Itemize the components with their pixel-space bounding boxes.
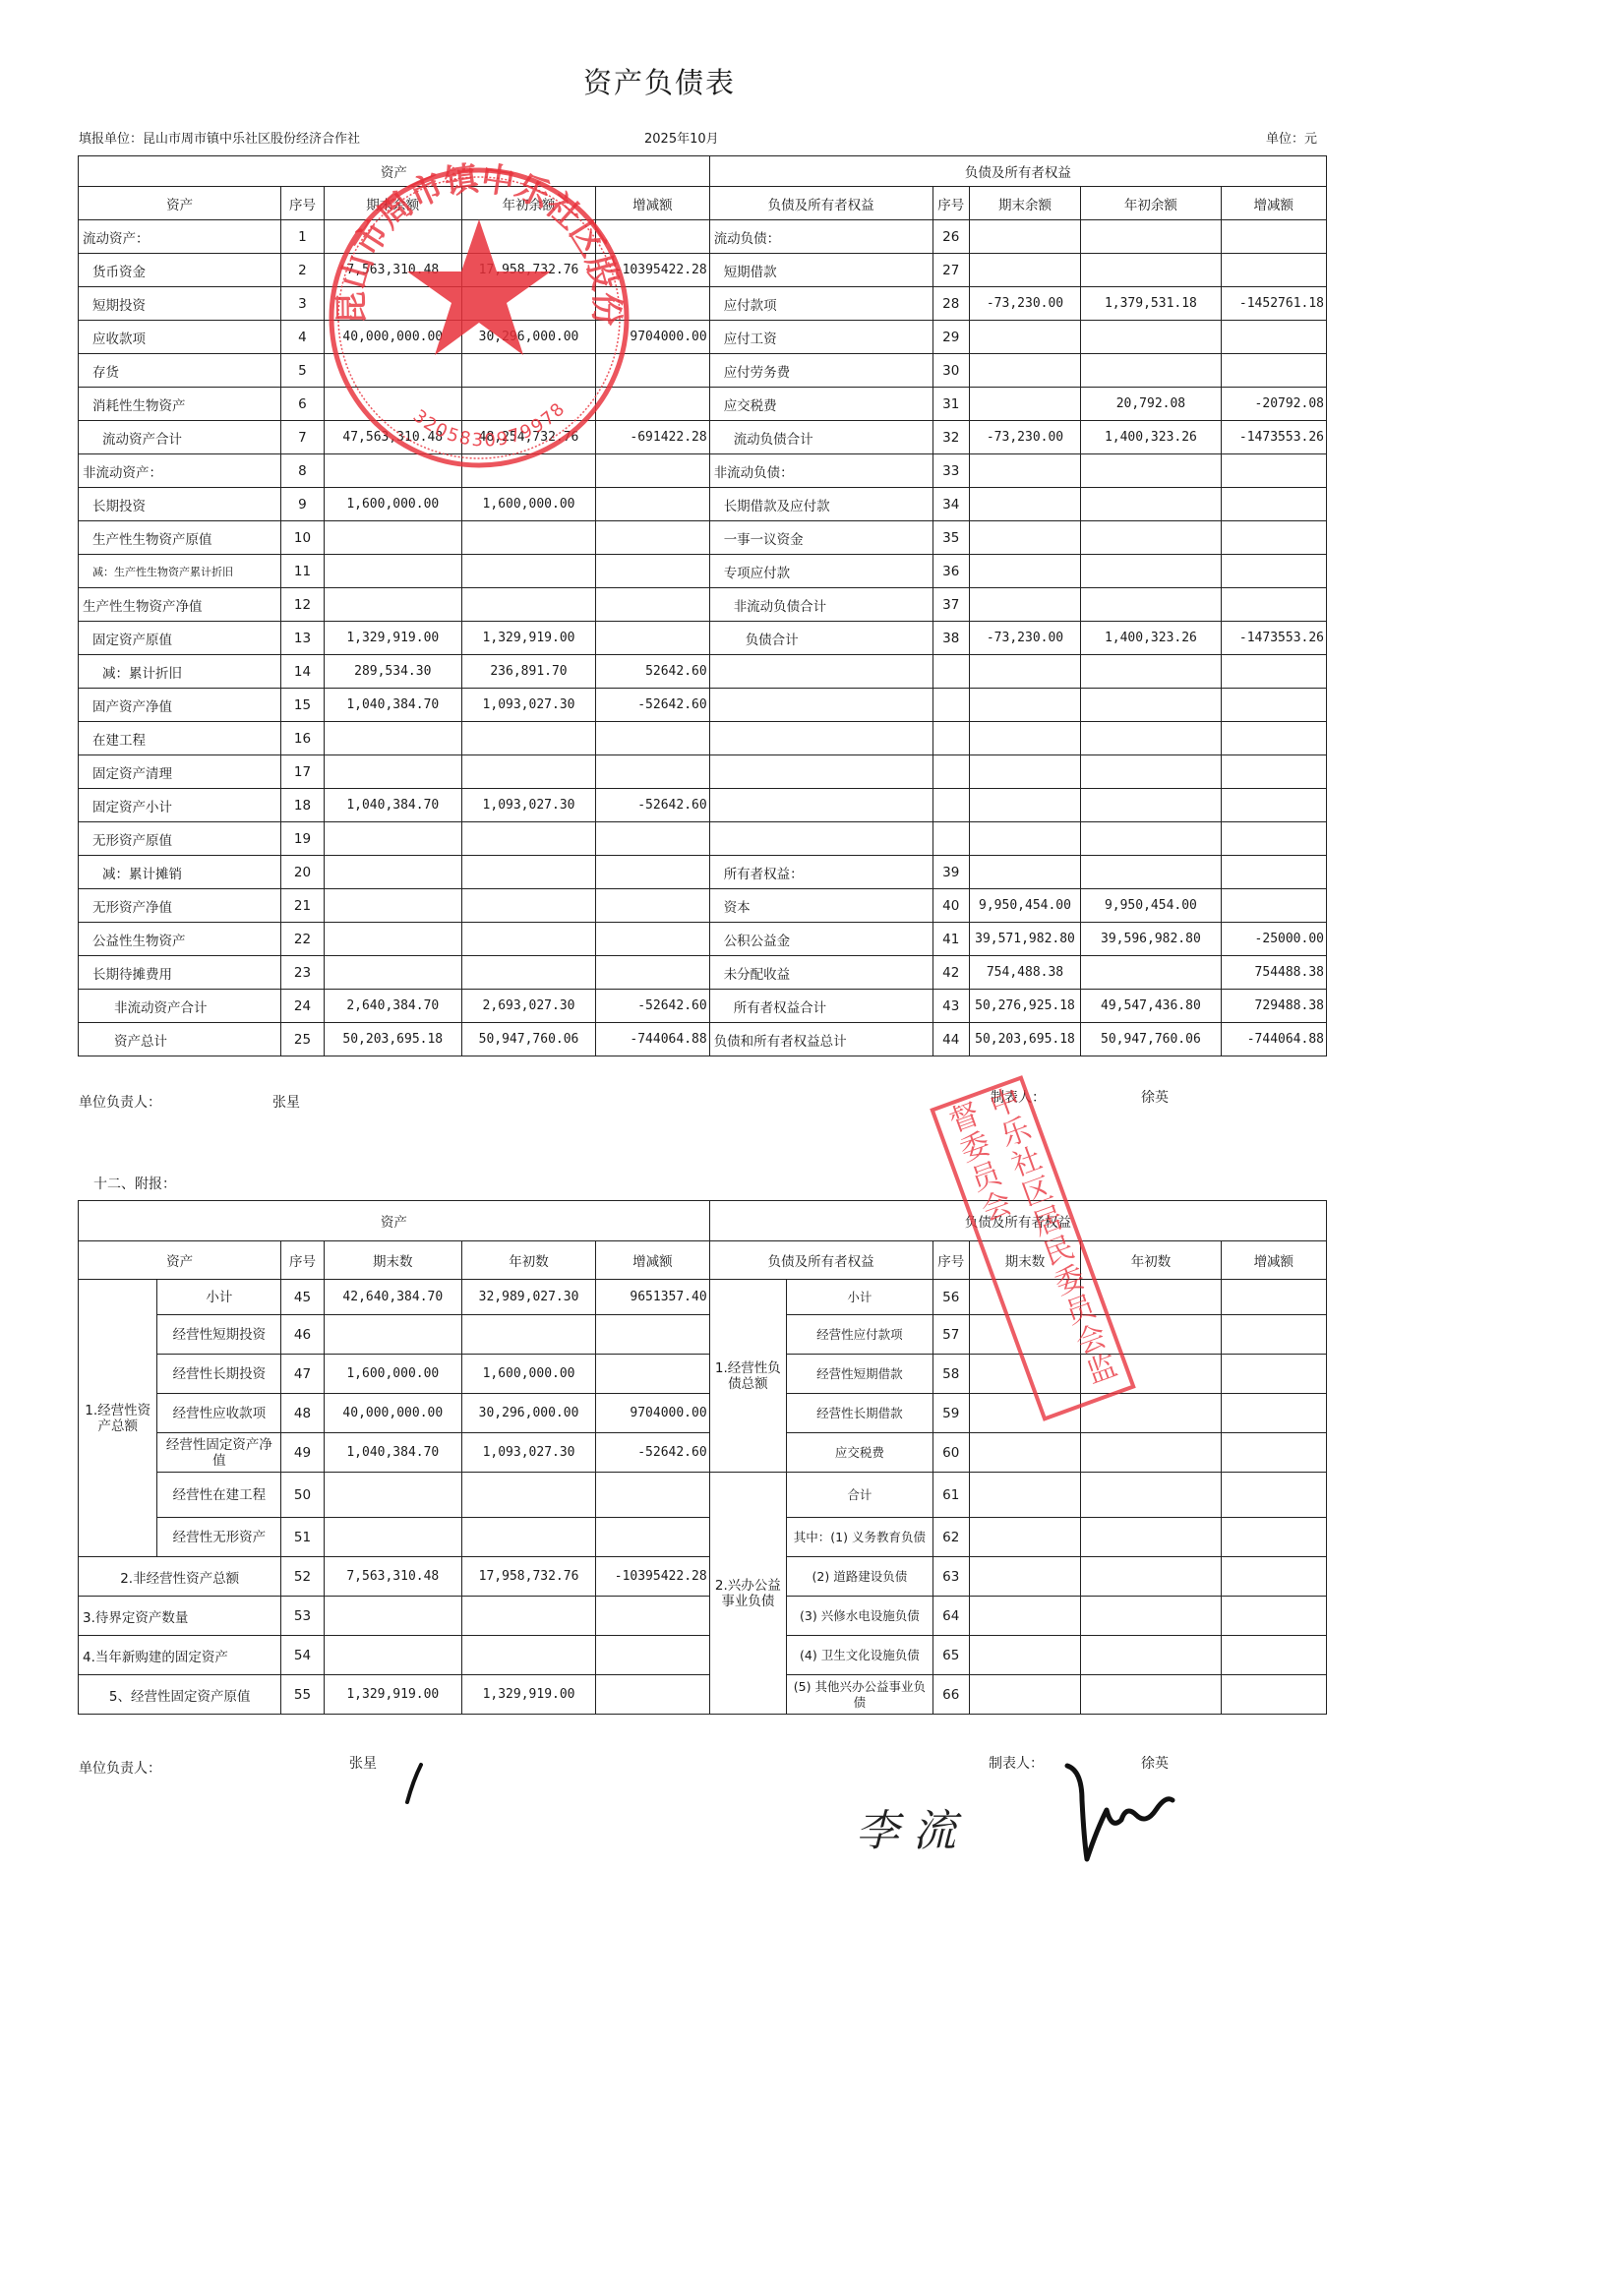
asset-change: -52642.60 (596, 689, 710, 722)
asset-seq: 14 (281, 655, 324, 689)
table-row: 货币资金27,563,310.4817,958,732.76-10395422.… (79, 254, 1327, 287)
liability-begin-balance: 50,947,760.06 (1081, 1023, 1221, 1056)
asset-label: 消耗性生物资产 (79, 388, 281, 421)
table-row: 生产性生物资产净值12非流动负债合计37 (79, 588, 1327, 622)
table-row: 在建工程16 (79, 722, 1327, 755)
liability-change: -1473553.26 (1221, 622, 1326, 655)
att-asset-end (324, 1518, 461, 1557)
liability-end-balance: 754,488.38 (969, 956, 1080, 990)
preparer-label: 制表人： (991, 1087, 1046, 1107)
asset-end-balance (324, 588, 461, 622)
asset-begin-balance (461, 220, 595, 254)
table-row: 5、经营性固定资产原值551,329,919.001,329,919.00(5)… (79, 1675, 1327, 1715)
asset-change: -52642.60 (596, 990, 710, 1023)
asset-seq: 13 (281, 622, 324, 655)
att-liability-change (1221, 1315, 1326, 1355)
att-liability-seq: 60 (932, 1433, 969, 1473)
att-liability-begin (1081, 1355, 1221, 1394)
asset-begin-balance (461, 287, 595, 321)
att-liability-begin (1081, 1518, 1221, 1557)
liability-end-balance (969, 789, 1080, 822)
col-header-change: 增减额 (1221, 187, 1326, 220)
att-liability-begin (1081, 1636, 1221, 1675)
liability-end-balance (969, 822, 1080, 856)
asset-seq: 15 (281, 689, 324, 722)
balance-sheet-table: 资产 负债及所有者权益 资产 序号 期末余额 年初余额 增减额 负债及所有者权益… (78, 155, 1327, 1056)
att-asset-end: 40,000,000.00 (324, 1394, 461, 1433)
asset-change (596, 555, 710, 588)
liability-change: -744064.88 (1221, 1023, 1326, 1056)
asset-label: 流动资产合计 (79, 421, 281, 454)
asset-change (596, 287, 710, 321)
att-asset-label: 经营性无形资产 (157, 1518, 281, 1557)
liability-end-balance: -73,230.00 (969, 287, 1080, 321)
liability-change (1221, 689, 1326, 722)
asset-seq: 4 (281, 321, 324, 354)
asset-begin-balance (461, 923, 595, 956)
asset-change (596, 454, 710, 488)
liability-begin-balance: 9,950,454.00 (1081, 889, 1221, 923)
asset-change (596, 388, 710, 421)
liabilities-group-header: 负债及所有者权益 (709, 156, 1326, 187)
att-asset-label: 2.非经营性资产总额 (79, 1557, 281, 1597)
liability-label (709, 755, 932, 789)
att-asset-end: 1,329,919.00 (324, 1675, 461, 1715)
att-liability-label: 经营性短期借款 (787, 1355, 933, 1394)
liability-seq: 29 (932, 321, 969, 354)
asset-change (596, 354, 710, 388)
asset-end-balance: 1,600,000.00 (324, 488, 461, 521)
liability-seq: 28 (932, 287, 969, 321)
att-asset-end (324, 1473, 461, 1518)
asset-end-balance (324, 889, 461, 923)
liability-end-balance: 50,203,695.18 (969, 1023, 1080, 1056)
asset-seq: 20 (281, 856, 324, 889)
handwritten-signature-scrawl (1062, 1761, 1180, 1869)
asset-label: 流动资产： (79, 220, 281, 254)
table-row: 短期投资3应付款项28-73,230.001,379,531.18-145276… (79, 287, 1327, 321)
liability-label: 资本 (709, 889, 932, 923)
asset-begin-balance (461, 388, 595, 421)
liability-end-balance: 9,950,454.00 (969, 889, 1080, 923)
table-row: 无形资产原值19 (79, 822, 1327, 856)
asset-end-balance: 289,534.30 (324, 655, 461, 689)
asset-end-balance (324, 956, 461, 990)
att-asset-seq: 50 (281, 1473, 324, 1518)
asset-seq: 6 (281, 388, 324, 421)
att-col-header-seq: 序号 (932, 1241, 969, 1280)
att-asset-change: 9704000.00 (596, 1394, 710, 1433)
liability-label (709, 722, 932, 755)
liability-label: 非流动负债合计 (709, 588, 932, 622)
liability-begin-balance (1081, 354, 1221, 388)
asset-seq: 21 (281, 889, 324, 923)
liability-begin-balance (1081, 655, 1221, 689)
liability-seq: 39 (932, 856, 969, 889)
liability-end-balance (969, 555, 1080, 588)
liability-begin-balance (1081, 856, 1221, 889)
att-liability-seq: 59 (932, 1394, 969, 1433)
liability-change: -1473553.26 (1221, 421, 1326, 454)
att-liability-change (1221, 1636, 1326, 1675)
operating-liabilities-group-label: 1.经营性负债总额 (709, 1280, 786, 1473)
asset-begin-balance: 1,600,000.00 (461, 488, 595, 521)
liability-seq (932, 722, 969, 755)
asset-begin-balance: 50,947,760.06 (461, 1023, 595, 1056)
table-row: 长期待摊费用23未分配收益42754,488.38754488.38 (79, 956, 1327, 990)
asset-change: 9704000.00 (596, 321, 710, 354)
liability-change (1221, 488, 1326, 521)
att-asset-seq: 45 (281, 1280, 324, 1315)
asset-end-balance (324, 521, 461, 555)
asset-change (596, 755, 710, 789)
liability-change (1221, 354, 1326, 388)
att-col-header-change: 增减额 (1221, 1241, 1326, 1280)
asset-change: 52642.60 (596, 655, 710, 689)
table-row: 非流动资产：8非流动负债：33 (79, 454, 1327, 488)
asset-end-balance (324, 822, 461, 856)
reporting-unit-name: 昆山市周市镇中乐社区股份经济合作社 (143, 132, 360, 147)
att-liability-begin (1081, 1597, 1221, 1636)
asset-begin-balance (461, 588, 595, 622)
liability-seq: 26 (932, 220, 969, 254)
asset-seq: 12 (281, 588, 324, 622)
liability-begin-balance (1081, 956, 1221, 990)
liability-seq: 44 (932, 1023, 969, 1056)
asset-label: 生产性生物资产原值 (79, 521, 281, 555)
att-col-header-end: 期末数 (324, 1241, 461, 1280)
asset-change: -52642.60 (596, 789, 710, 822)
asset-begin-balance: 1,093,027.30 (461, 689, 595, 722)
asset-label: 非流动资产合计 (79, 990, 281, 1023)
asset-seq: 1 (281, 220, 324, 254)
asset-end-balance: 40,000,000.00 (324, 321, 461, 354)
table-row: 非流动资产合计242,640,384.702,693,027.30-52642.… (79, 990, 1327, 1023)
liability-seq: 43 (932, 990, 969, 1023)
att-asset-begin: 1,093,027.30 (461, 1433, 595, 1473)
liability-change (1221, 588, 1326, 622)
asset-begin-balance (461, 521, 595, 555)
att-asset-seq: 49 (281, 1433, 324, 1473)
table-row: 资产总计2550,203,695.1850,947,760.06-744064.… (79, 1023, 1327, 1056)
att-liability-label: 合计 (787, 1473, 933, 1518)
att-asset-seq: 46 (281, 1315, 324, 1355)
table-row: 消耗性生物资产6应交税费3120,792.08-20792.08 (79, 388, 1327, 421)
liability-seq: 33 (932, 454, 969, 488)
liability-change (1221, 254, 1326, 287)
liability-end-balance (969, 321, 1080, 354)
liability-begin-balance: 1,400,323.26 (1081, 421, 1221, 454)
att-asset-label: 经营性固定资产净值 (157, 1433, 281, 1473)
liability-seq: 31 (932, 388, 969, 421)
att-asset-change (596, 1675, 710, 1715)
liability-begin-balance (1081, 822, 1221, 856)
liability-label (709, 655, 932, 689)
asset-seq: 9 (281, 488, 324, 521)
asset-change (596, 889, 710, 923)
att-liability-end (969, 1280, 1080, 1315)
liability-label: 专项应付款 (709, 555, 932, 588)
att-asset-begin: 30,296,000.00 (461, 1394, 595, 1433)
table-row: 存货5应付劳务费30 (79, 354, 1327, 388)
liability-end-balance: -73,230.00 (969, 622, 1080, 655)
asset-label: 资产总计 (79, 1023, 281, 1056)
att-asset-change (596, 1518, 710, 1557)
asset-label: 无形资产原值 (79, 822, 281, 856)
table-row: 无形资产净值21资本409,950,454.009,950,454.00 (79, 889, 1327, 923)
asset-seq: 10 (281, 521, 324, 555)
liability-end-balance (969, 254, 1080, 287)
asset-change (596, 488, 710, 521)
col-header-end: 期末余额 (969, 187, 1080, 220)
att-liability-end (969, 1675, 1080, 1715)
att-liability-label: 应交税费 (787, 1433, 933, 1473)
att-liability-change (1221, 1518, 1326, 1557)
att-liability-change (1221, 1473, 1326, 1518)
asset-label: 减：累计摊销 (79, 856, 281, 889)
asset-change (596, 521, 710, 555)
col-header-seq: 序号 (932, 187, 969, 220)
att-asset-begin (461, 1518, 595, 1557)
att-liability-end (969, 1355, 1080, 1394)
liability-begin-balance (1081, 321, 1221, 354)
att-asset-change: -10395422.28 (596, 1557, 710, 1597)
att-asset-begin (461, 1473, 595, 1518)
report-period: 2025年10月 (644, 128, 719, 147)
att-liability-change (1221, 1394, 1326, 1433)
liability-begin-balance (1081, 789, 1221, 822)
att-liability-change (1221, 1597, 1326, 1636)
asset-seq: 23 (281, 956, 324, 990)
att-asset-end: 42,640,384.70 (324, 1280, 461, 1315)
att-liability-begin (1081, 1675, 1221, 1715)
asset-change (596, 722, 710, 755)
liability-end-balance (969, 488, 1080, 521)
asset-change: -691422.28 (596, 421, 710, 454)
liability-label: 所有者权益合计 (709, 990, 932, 1023)
asset-label: 固产资产净值 (79, 689, 281, 722)
liability-change (1221, 889, 1326, 923)
liability-change (1221, 655, 1326, 689)
att-liability-label: (2) 道路建设负债 (787, 1557, 933, 1597)
liability-change: 729488.38 (1221, 990, 1326, 1023)
asset-begin-balance (461, 555, 595, 588)
liability-change: 754488.38 (1221, 956, 1326, 990)
att-col-header-end: 期末数 (969, 1241, 1080, 1280)
asset-label: 短期投资 (79, 287, 281, 321)
liability-change (1221, 822, 1326, 856)
liability-end-balance (969, 722, 1080, 755)
asset-seq: 24 (281, 990, 324, 1023)
att-liability-end (969, 1636, 1080, 1675)
asset-seq: 3 (281, 287, 324, 321)
liability-change (1221, 454, 1326, 488)
asset-label: 长期待摊费用 (79, 956, 281, 990)
table-row: 经营性应收款项4840,000,000.0030,296,000.0097040… (79, 1394, 1327, 1433)
att-asset-seq: 47 (281, 1355, 324, 1394)
asset-end-balance (324, 287, 461, 321)
table-row: 生产性生物资产原值10一事一议资金35 (79, 521, 1327, 555)
asset-begin-balance: 236,891.70 (461, 655, 595, 689)
table-row: 减：累计摊销20所有者权益：39 (79, 856, 1327, 889)
liability-label (709, 689, 932, 722)
att-col-header-begin: 年初数 (461, 1241, 595, 1280)
table-row: 固定资产小计181,040,384.701,093,027.30-52642.6… (79, 789, 1327, 822)
liability-seq: 30 (932, 354, 969, 388)
unit-head-label: 单位负责人： (79, 1092, 161, 1112)
asset-label: 固定资产清理 (79, 755, 281, 789)
table-row: 应收款项440,000,000.0030,296,000.009704000.0… (79, 321, 1327, 354)
page-title: 资产负债表 (0, 61, 1319, 101)
liability-seq: 38 (932, 622, 969, 655)
att-liability-label: (3) 兴修水电设施负债 (787, 1597, 933, 1636)
att-liability-end (969, 1597, 1080, 1636)
asset-label: 减：生产性生物资产累计折旧 (79, 555, 281, 588)
table-row: 4.当年新购建的固定资产54(4) 卫生文化设施负债65 (79, 1636, 1327, 1675)
asset-label: 公益性生物资产 (79, 923, 281, 956)
asset-label: 货币资金 (79, 254, 281, 287)
att-asset-begin: 1,329,919.00 (461, 1675, 595, 1715)
asset-end-balance: 7,563,310.48 (324, 254, 461, 287)
table-row: 减：累计折旧14289,534.30236,891.7052642.60 (79, 655, 1327, 689)
asset-end-balance (324, 923, 461, 956)
asset-label: 在建工程 (79, 722, 281, 755)
liability-seq: 37 (932, 588, 969, 622)
att-asset-seq: 53 (281, 1597, 324, 1636)
att-liability-end (969, 1557, 1080, 1597)
asset-label: 应收款项 (79, 321, 281, 354)
att-asset-label: 经营性长期投资 (157, 1355, 281, 1394)
att-unit-head-name: 张星 (349, 1753, 377, 1773)
liability-label: 应付工资 (709, 321, 932, 354)
public-liabilities-group-label: 2.兴办公益事业负债 (709, 1473, 786, 1715)
reporting-unit-label: 填报单位： (79, 132, 143, 147)
asset-begin-balance: 1,093,027.30 (461, 789, 595, 822)
att-liability-seq: 56 (932, 1280, 969, 1315)
att-col-header-seq: 序号 (281, 1241, 324, 1280)
att-asset-change (596, 1597, 710, 1636)
liability-change (1221, 755, 1326, 789)
liability-begin-balance: 1,400,323.26 (1081, 622, 1221, 655)
att-liability-seq: 57 (932, 1315, 969, 1355)
asset-change (596, 622, 710, 655)
att-liability-change (1221, 1355, 1326, 1394)
att-asset-change: 9651357.40 (596, 1280, 710, 1315)
liability-change (1221, 321, 1326, 354)
att-liability-label: 小计 (787, 1280, 933, 1315)
att-liability-seq: 61 (932, 1473, 969, 1518)
table-row: 固定资产原值131,329,919.001,329,919.00负债合计38-7… (79, 622, 1327, 655)
liability-end-balance: 39,571,982.80 (969, 923, 1080, 956)
liability-begin-balance (1081, 689, 1221, 722)
att-liability-seq: 65 (932, 1636, 969, 1675)
asset-end-balance (324, 856, 461, 889)
att-asset-label: 经营性应收款项 (157, 1394, 281, 1433)
asset-seq: 17 (281, 755, 324, 789)
att-asset-seq: 52 (281, 1557, 324, 1597)
att-asset-begin: 1,600,000.00 (461, 1355, 595, 1394)
att-asset-begin: 32,989,027.30 (461, 1280, 595, 1315)
att-asset-begin (461, 1597, 595, 1636)
asset-end-balance: 2,640,384.70 (324, 990, 461, 1023)
liability-seq: 40 (932, 889, 969, 923)
asset-begin-balance (461, 354, 595, 388)
table-row: 经营性短期投资46经营性应付款项57 (79, 1315, 1327, 1355)
asset-begin-balance (461, 956, 595, 990)
table-row: 公益性生物资产22公积公益金4139,571,982.8039,596,982.… (79, 923, 1327, 956)
asset-change (596, 956, 710, 990)
liability-end-balance (969, 588, 1080, 622)
att-asset-seq: 55 (281, 1675, 324, 1715)
table-row: 固定资产清理17 (79, 755, 1327, 789)
att-col-header-asset: 资产 (79, 1241, 281, 1280)
att-asset-end (324, 1315, 461, 1355)
att-asset-begin: 17,958,732.76 (461, 1557, 595, 1597)
att-liability-begin (1081, 1433, 1221, 1473)
liability-seq: 41 (932, 923, 969, 956)
att-liability-begin (1081, 1280, 1221, 1315)
asset-begin-balance: 48,254,732.76 (461, 421, 595, 454)
assets-group-header: 资产 (79, 156, 710, 187)
liability-label: 长期借款及应付款 (709, 488, 932, 521)
att-asset-change: -52642.60 (596, 1433, 710, 1473)
asset-seq: 11 (281, 555, 324, 588)
liability-begin-balance: 20,792.08 (1081, 388, 1221, 421)
asset-seq: 2 (281, 254, 324, 287)
handwritten-stroke-1 (393, 1761, 433, 1810)
asset-end-balance (324, 354, 461, 388)
att-asset-label: 3.待界定资产数量 (79, 1597, 281, 1636)
asset-label: 生产性生物资产净值 (79, 588, 281, 622)
asset-seq: 22 (281, 923, 324, 956)
asset-end-balance: 1,040,384.70 (324, 789, 461, 822)
handwritten-signature-li: 李流 (856, 1795, 970, 1858)
liability-change: -1452761.18 (1221, 287, 1326, 321)
liability-begin-balance (1081, 722, 1221, 755)
liability-end-balance (969, 755, 1080, 789)
liability-change (1221, 789, 1326, 822)
liability-seq: 36 (932, 555, 969, 588)
liability-label: 流动负债合计 (709, 421, 932, 454)
att-liability-end (969, 1394, 1080, 1433)
asset-end-balance (324, 220, 461, 254)
asset-label: 固定资产原值 (79, 622, 281, 655)
reporting-unit: 填报单位：昆山市周市镇中乐社区股份经济合作社 (79, 128, 360, 147)
att-liability-seq: 64 (932, 1597, 969, 1636)
liability-change: -25000.00 (1221, 923, 1326, 956)
liability-end-balance (969, 388, 1080, 421)
att-asset-end: 1,600,000.00 (324, 1355, 461, 1394)
liability-begin-balance: 49,547,436.80 (1081, 990, 1221, 1023)
asset-seq: 18 (281, 789, 324, 822)
liability-change (1221, 856, 1326, 889)
liability-begin-balance (1081, 555, 1221, 588)
col-header-change: 增减额 (596, 187, 710, 220)
liability-seq (932, 822, 969, 856)
liability-end-balance (969, 655, 1080, 689)
att-liability-label: 经营性应付款项 (787, 1315, 933, 1355)
liability-seq (932, 789, 969, 822)
liability-label (709, 822, 932, 856)
asset-end-balance: 1,329,919.00 (324, 622, 461, 655)
asset-change (596, 822, 710, 856)
asset-end-balance: 47,563,310.48 (324, 421, 461, 454)
table-row: 流动资产合计747,563,310.4848,254,732.76-691422… (79, 421, 1327, 454)
liability-label: 一事一议资金 (709, 521, 932, 555)
liability-seq (932, 655, 969, 689)
liability-seq (932, 755, 969, 789)
liability-begin-balance (1081, 755, 1221, 789)
